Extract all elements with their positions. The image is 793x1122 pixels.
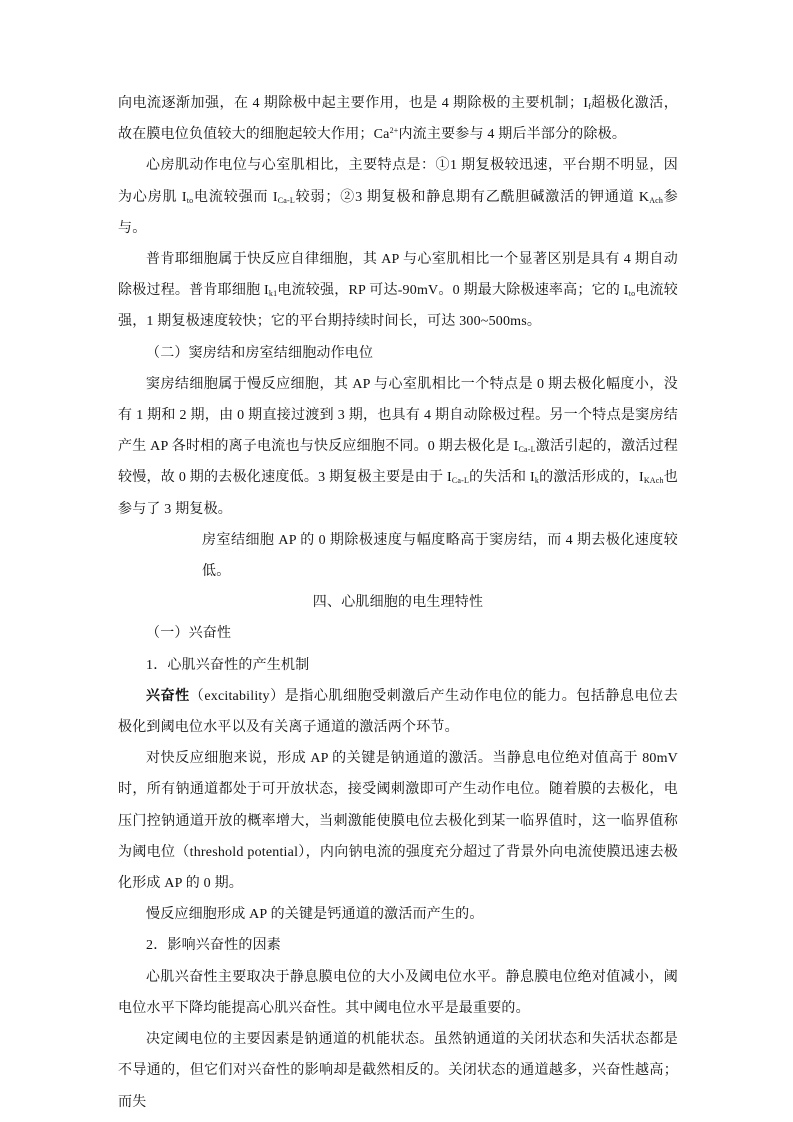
subheading: 1．心肌兴奋性的产生机制 (118, 650, 678, 681)
text-run: 较弱；②3 期复极和静息期有乙酰胆碱激活的钾通道 K (295, 190, 649, 205)
subscript: Ca-L (278, 196, 295, 205)
paragraph: 普肯耶细胞属于快反应自律细胞，其 AP 与心室肌相比一个显著区别是具有 4 期自… (118, 244, 678, 338)
subscript: KAch (644, 476, 664, 485)
text-run: 1．心肌兴奋性的产生机制 (146, 658, 309, 673)
subscript: Ca-L (518, 445, 535, 454)
text-run: 向电流逐渐加强，在 4 期除极中起主要作用，也是 4 期除极的主要机制；I (118, 96, 588, 111)
text-run: 内流主要参与 4 期后半部分的除极。 (398, 127, 626, 142)
text-run: 电流较强而 I (193, 190, 277, 205)
text-run: 电流较强，RP 可达-90mV。0 期最大除极速率高；它的 I (277, 283, 628, 298)
text-run: 决定阈电位的主要因素是钠通道的机能状态。虽然钠通道的关闭状态和失活状态都是不导通… (118, 1032, 678, 1109)
subheading: 2．影响兴奋性的因素 (118, 930, 678, 961)
paragraph: 对快反应细胞来说，形成 AP 的关键是钠通道的激活。当静息电位绝对值高于 80m… (118, 743, 678, 899)
text-run: 心肌兴奋性主要取决于静息膜电位的大小及阈电位水平。静息膜电位绝对值减小，阈电位水… (118, 970, 678, 1016)
bold-term: 兴奋性 (146, 689, 190, 704)
body-shifted: 房室结细胞 AP 的 0 期除极速度与幅度略高于窦房结，而 4 期去极化速度较低… (118, 525, 678, 587)
text-run: 对快反应细胞来说，形成 AP 的关键是钠通道的激活。当静息电位绝对值高于 80m… (118, 751, 678, 891)
text-run: 2．影响兴奋性的因素 (146, 938, 281, 953)
subheading: （二）窦房结和房室结细胞动作电位 (118, 338, 678, 369)
paragraph: 慢反应细胞形成 AP 的关键是钙通道的激活而产生的。 (118, 899, 678, 930)
subscript: Ca-L (452, 476, 469, 485)
section-heading: 四、心肌细胞的电生理特性 (118, 587, 678, 618)
paragraph: 向电流逐渐加强，在 4 期除极中起主要作用，也是 4 期除极的主要机制；If超极… (118, 88, 678, 150)
paragraph: 心肌兴奋性主要取决于静息膜电位的大小及阈电位水平。静息膜电位绝对值减小，阈电位水… (118, 962, 678, 1024)
document-page: 向电流逐渐加强，在 4 期除极中起主要作用，也是 4 期除极的主要机制；If超极… (118, 88, 678, 1118)
paragraph: 兴奋性（excitability）是指心肌细胞受刺激后产生动作电位的能力。包括静… (118, 681, 678, 743)
paragraph: 窦房结细胞属于慢反应细胞，其 AP 与心室肌相比一个特点是 0 期去极化幅度小，… (118, 369, 678, 525)
subscript: Ach (649, 196, 663, 205)
text-run: 的激活形成的，I (539, 470, 644, 485)
text-run: 四、心肌细胞的电生理特性 (313, 595, 483, 610)
text-run: 房室结细胞 AP 的 0 期除极速度与幅度略高于窦房结，而 4 期去极化速度较低… (202, 533, 678, 579)
text-run: （excitability）是指心肌细胞受刺激后产生动作电位的能力。包括静息电位… (118, 689, 678, 735)
paragraph: 决定阈电位的主要因素是钠通道的机能状态。虽然钠通道的关闭状态和失活状态都是不导通… (118, 1024, 678, 1118)
text-run: 的失活和 I (469, 470, 535, 485)
paragraph: 心房肌动作电位与心室肌相比，主要特点是：①1 期复极较迅速，平台期不明显，因为心… (118, 150, 678, 244)
text-run: （二）窦房结和房室结细胞动作电位 (146, 346, 373, 361)
text-run: （一）兴奋性 (146, 626, 231, 641)
subheading: （一）兴奋性 (118, 618, 678, 649)
text-run: 慢反应细胞形成 AP 的关键是钙通道的激活而产生的。 (146, 907, 484, 922)
